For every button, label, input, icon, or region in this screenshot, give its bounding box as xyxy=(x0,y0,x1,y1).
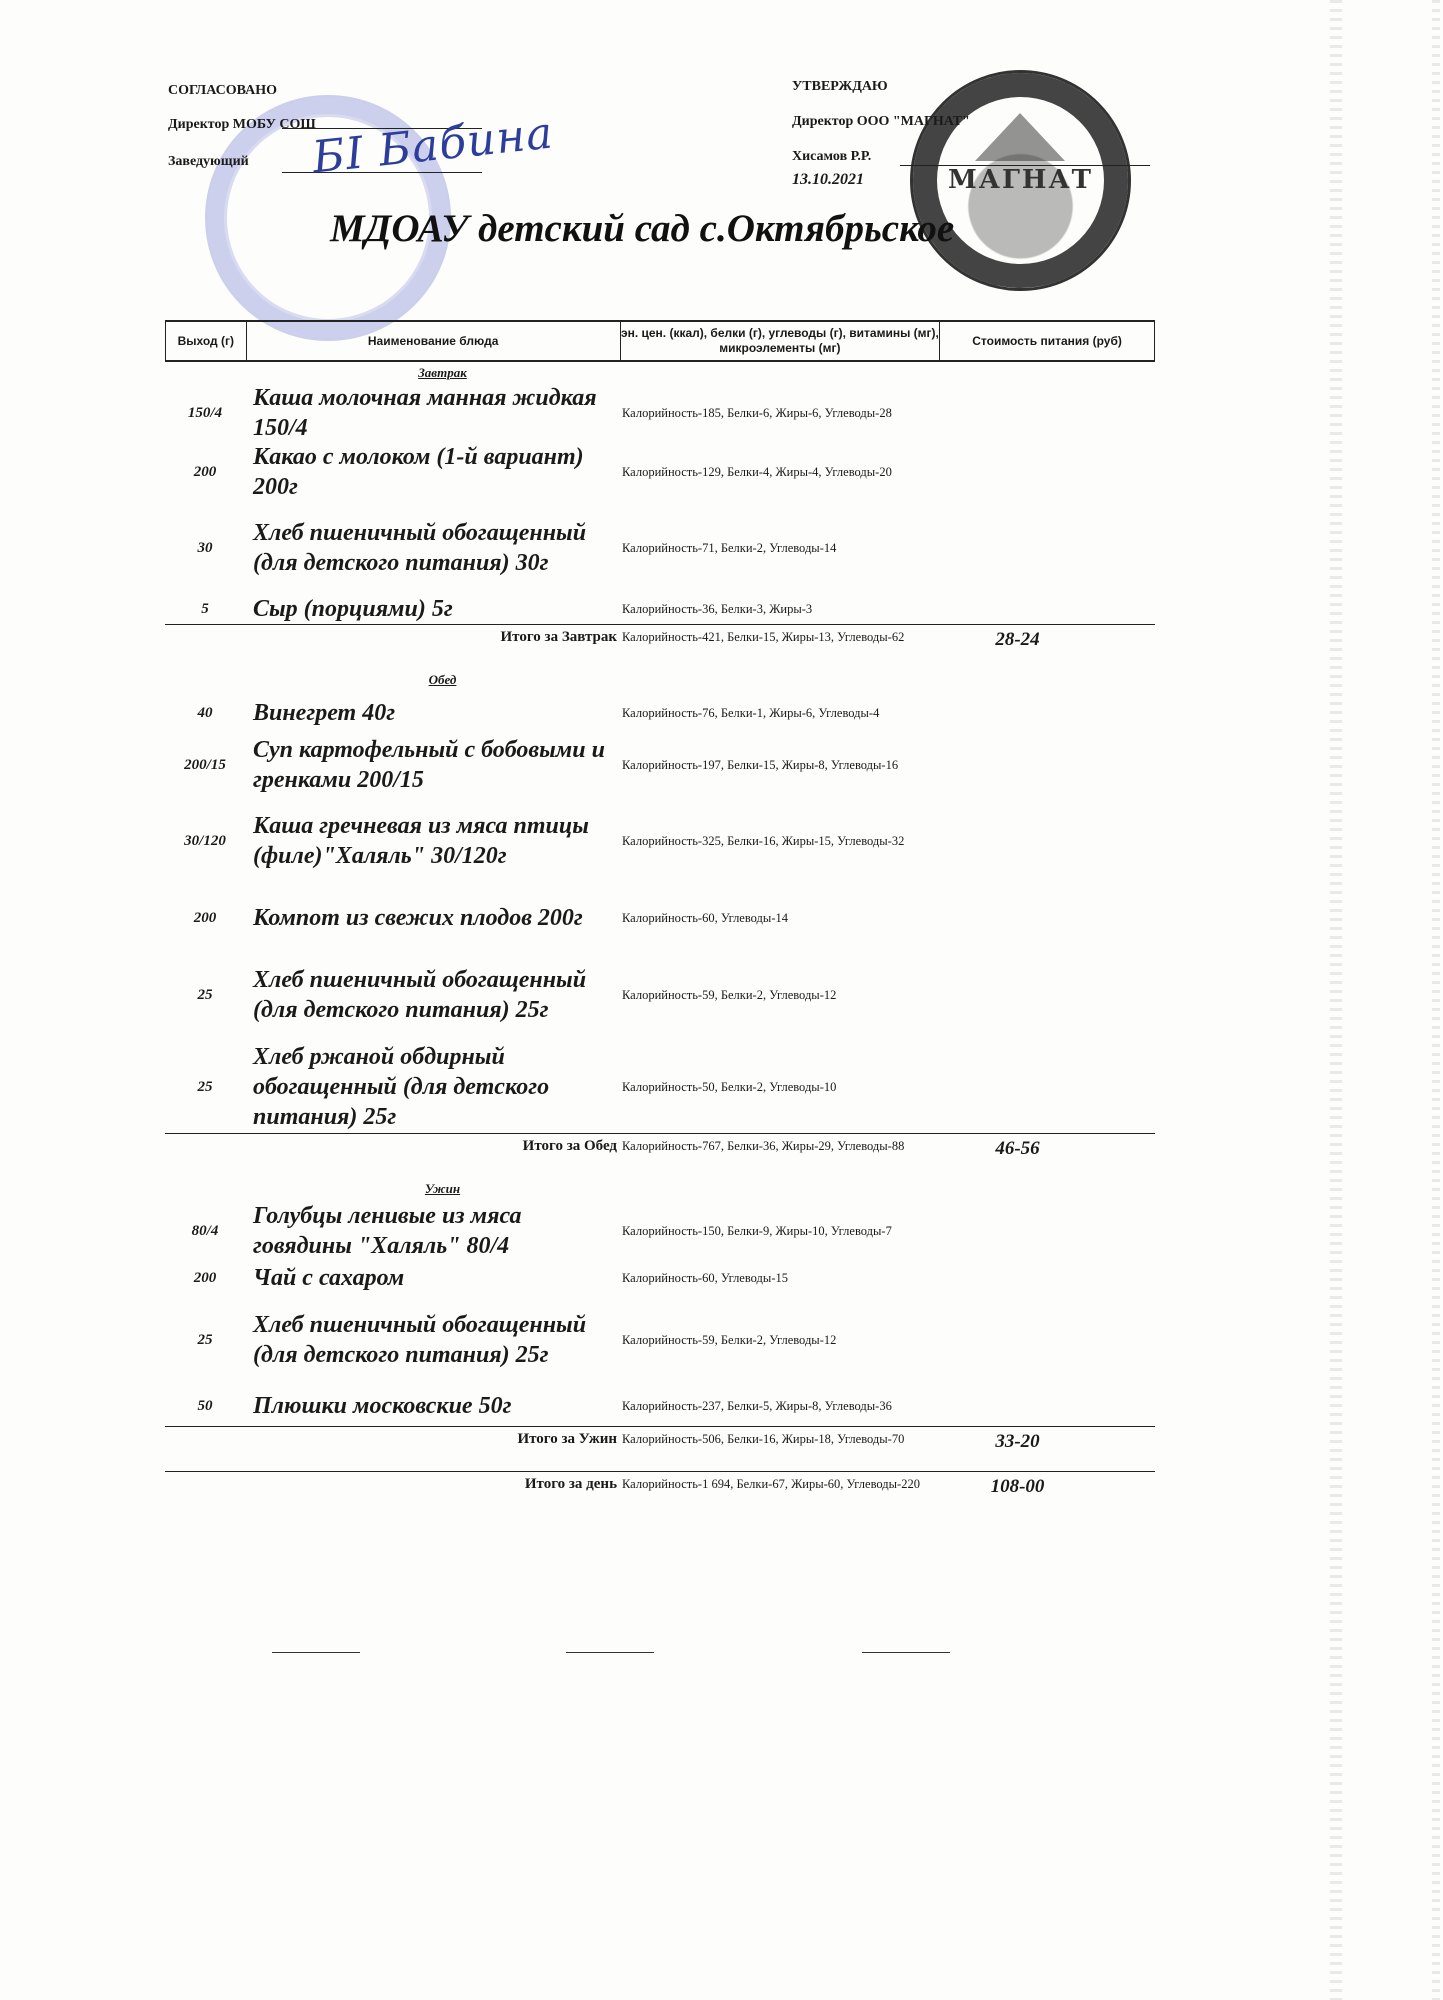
table-row: 30 Хлеб пшеничный обогащенный (для детск… xyxy=(165,502,1155,594)
table-row: 25 Хлеб ржаной обдирный обогащенный (для… xyxy=(165,1041,1155,1133)
dish-cell: Хлеб ржаной обдирный обогащенный (для де… xyxy=(245,1042,620,1132)
header-cost: Стоимость питания (руб) xyxy=(940,322,1154,360)
header-dish: Наименование блюда xyxy=(247,322,621,360)
nutrition-cell: Калорийность-59, Белки-2, Углеводы-12 xyxy=(620,987,940,1004)
dish-cell: Голубцы ленивые из мяса говядины "Халяль… xyxy=(245,1201,620,1261)
table-row: 200 Компот из свежих плодов 200г Калорий… xyxy=(165,887,1155,949)
total-label: Итого за Обед xyxy=(165,1138,620,1155)
yield-cell: 25 xyxy=(165,1079,245,1096)
total-nutrition: Калорийность-1 694, Белки-67, Жиры-60, У… xyxy=(620,1476,940,1493)
table-row: 30/120 Каша гречневая из мяса птицы (фил… xyxy=(165,795,1155,887)
nutrition-cell: Калорийность-185, Белки-6, Жиры-6, Углев… xyxy=(620,405,940,422)
table-row: 200 Чай с сахаром Калорийность-60, Углев… xyxy=(165,1262,1155,1294)
approval-right-heading: УТВЕРЖДАЮ xyxy=(792,80,888,94)
header-yield: Выход (г) xyxy=(166,322,247,360)
dish-cell: Плюшки московские 50г xyxy=(245,1391,620,1421)
approval-left-heading: СОГЛАСОВАНО xyxy=(168,84,277,98)
yield-cell: 200 xyxy=(165,1270,245,1287)
total-nutrition: Калорийность-767, Белки-36, Жиры-29, Угл… xyxy=(620,1138,940,1155)
mountain-logo-icon xyxy=(975,113,1065,161)
yield-cell: 200 xyxy=(165,464,245,481)
dish-cell: Какао с молоком (1-й вариант) 200г xyxy=(245,442,620,502)
yield-cell: 200/15 xyxy=(165,757,245,774)
dish-cell: Каша молочная манная жидкая 150/4 xyxy=(245,383,620,443)
menu-table: Выход (г) Наименование блюда эн. цен. (к… xyxy=(165,320,1155,1516)
table-row: 40 Винегрет 40г Калорийность-76, Белки-1… xyxy=(165,691,1155,735)
nutrition-cell: Калорийность-237, Белки-5, Жиры-8, Углев… xyxy=(620,1398,940,1415)
blank-signature-line xyxy=(272,1652,360,1653)
nutrition-cell: Калорийность-50, Белки-2, Углеводы-10 xyxy=(620,1079,940,1096)
dish-cell: Суп картофельный с бобовыми и гренками 2… xyxy=(245,735,620,795)
table-row: 5 Сыр (порциями) 5г Калорийность-36, Бел… xyxy=(165,594,1155,624)
stamp-company-name: МАГНАТ xyxy=(913,165,1128,195)
total-nutrition: Калорийность-506, Белки-16, Жиры-18, Угл… xyxy=(620,1431,940,1448)
section-label-dinner: Ужин xyxy=(165,1178,670,1200)
signature-line xyxy=(900,165,1150,166)
table-row: 150/4 Каша молочная манная жидкая 150/4 … xyxy=(165,384,1155,442)
dish-cell: Чай с сахаром xyxy=(245,1263,620,1293)
total-label: Итого за Ужин xyxy=(165,1431,620,1448)
page-title: МДОАУ детский сад с.Октябрьское xyxy=(330,206,954,251)
nutrition-cell: Калорийность-59, Белки-2, Углеводы-12 xyxy=(620,1332,940,1349)
scan-streak xyxy=(1432,0,1440,2000)
dish-cell: Каша гречневая из мяса птицы (филе)"Халя… xyxy=(245,811,620,871)
total-cost: 108-00 xyxy=(940,1476,1155,1498)
header-nutrition: эн. цен. (ккал), белки (г), углеводы (г)… xyxy=(621,322,940,360)
nutrition-cell: Калорийность-76, Белки-1, Жиры-6, Углево… xyxy=(620,705,940,722)
nutrition-cell: Калорийность-60, Углеводы-15 xyxy=(620,1270,940,1287)
yield-cell: 200 xyxy=(165,910,245,927)
yield-cell: 5 xyxy=(165,601,245,618)
approval-right-name: Хисамов Р.Р. xyxy=(792,150,871,164)
total-cost: 33-20 xyxy=(940,1431,1155,1453)
nutrition-cell: Калорийность-325, Белки-16, Жиры-15, Угл… xyxy=(620,833,940,850)
nutrition-cell: Калорийность-197, Белки-15, Жиры-8, Угле… xyxy=(620,757,940,774)
blank-signature-line xyxy=(566,1652,654,1653)
dish-cell: Винегрет 40г xyxy=(245,698,620,728)
yield-cell: 40 xyxy=(165,705,245,722)
total-row-dinner: Итого за Ужин Калорийность-506, Белки-16… xyxy=(165,1426,1155,1471)
table-row: 25 Хлеб пшеничный обогащенный (для детск… xyxy=(165,1294,1155,1386)
section-label-lunch: Обед xyxy=(165,669,670,691)
section-label-breakfast: Завтрак xyxy=(165,362,670,384)
approval-right-position: Директор ООО "МАГНАТ" xyxy=(792,115,970,129)
company-stamp: МАГНАТ xyxy=(910,70,1131,291)
total-cost: 46-56 xyxy=(940,1138,1155,1160)
dish-cell: Хлеб пшеничный обогащенный (для детского… xyxy=(245,1310,620,1370)
approval-date: 13.10.2021 xyxy=(792,172,864,188)
table-row: 80/4 Голубцы ленивые из мяса говядины "Х… xyxy=(165,1200,1155,1262)
table-row: 50 Плюшки московские 50г Калорийность-23… xyxy=(165,1386,1155,1426)
nutrition-cell: Калорийность-36, Белки-3, Жиры-3 xyxy=(620,601,940,618)
total-label: Итого за Завтрак xyxy=(165,629,620,646)
total-row-breakfast: Итого за Завтрак Калорийность-421, Белки… xyxy=(165,624,1155,669)
yield-cell: 25 xyxy=(165,1332,245,1349)
yield-cell: 150/4 xyxy=(165,405,245,422)
total-cost: 28-24 xyxy=(940,629,1155,651)
nutrition-cell: Калорийность-60, Углеводы-14 xyxy=(620,910,940,927)
table-row: 25 Хлеб пшеничный обогащенный (для детск… xyxy=(165,949,1155,1041)
table-header: Выход (г) Наименование блюда эн. цен. (к… xyxy=(165,320,1155,362)
total-nutrition: Калорийность-421, Белки-15, Жиры-13, Угл… xyxy=(620,629,940,646)
yield-cell: 25 xyxy=(165,987,245,1004)
yield-cell: 30/120 xyxy=(165,833,245,850)
nutrition-cell: Калорийность-71, Белки-2, Углеводы-14 xyxy=(620,540,940,557)
scan-streak xyxy=(1330,0,1342,2000)
total-row-day: Итого за день Калорийность-1 694, Белки-… xyxy=(165,1471,1155,1516)
yield-cell: 50 xyxy=(165,1398,245,1415)
total-label: Итого за день xyxy=(165,1476,620,1493)
dish-cell: Компот из свежих плодов 200г xyxy=(245,903,620,933)
nutrition-cell: Калорийность-150, Белки-9, Жиры-10, Угле… xyxy=(620,1223,940,1240)
approval-left-position: Директор МОБУ СОШ xyxy=(168,118,316,132)
table-row: 200/15 Суп картофельный с бобовыми и гре… xyxy=(165,735,1155,795)
dish-cell: Хлеб пшеничный обогащенный (для детского… xyxy=(245,965,620,1025)
dish-cell: Сыр (порциями) 5г xyxy=(245,594,620,624)
table-row: 200 Какао с молоком (1-й вариант) 200г К… xyxy=(165,442,1155,502)
yield-cell: 80/4 xyxy=(165,1223,245,1240)
dish-cell: Хлеб пшеничный обогащенный (для детского… xyxy=(245,518,620,578)
approval-left-role: Заведующий xyxy=(168,155,249,169)
blank-signature-line xyxy=(862,1652,950,1653)
total-row-lunch: Итого за Обед Калорийность-767, Белки-36… xyxy=(165,1133,1155,1178)
nutrition-cell: Калорийность-129, Белки-4, Жиры-4, Углев… xyxy=(620,464,940,481)
yield-cell: 30 xyxy=(165,540,245,557)
